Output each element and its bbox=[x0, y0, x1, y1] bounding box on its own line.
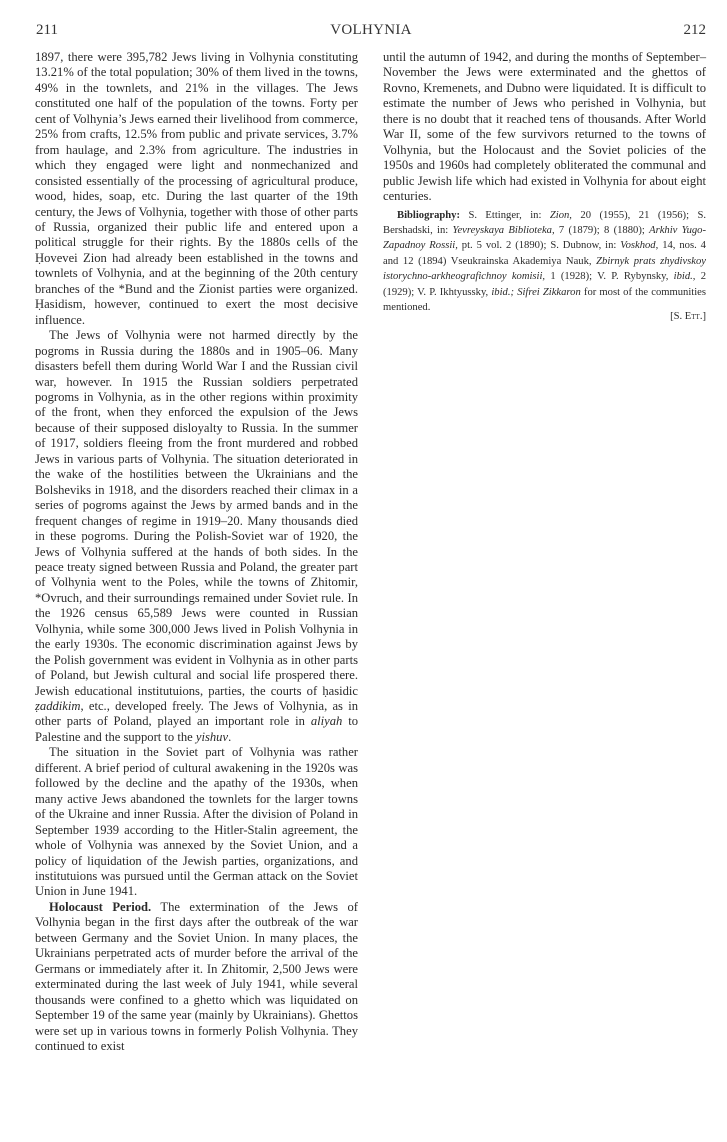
term-zaddikim: ẓaddikim bbox=[35, 699, 80, 713]
paragraph-holocaust-continued: until the autumn of 1942, and during the… bbox=[383, 50, 706, 205]
bibliography: Bibliography: S. Ettinger, in: Zion, 20 … bbox=[383, 208, 706, 316]
page-title: VOLHYNIA bbox=[36, 22, 706, 39]
section-heading-holocaust: Holocaust Period. bbox=[49, 900, 151, 914]
page-number-right: 212 bbox=[684, 22, 707, 39]
author-signature: [S. Ett.] bbox=[383, 309, 706, 324]
term-yishuv: yishuv bbox=[196, 730, 228, 744]
paragraph-soviet-part: The situation in the Soviet part of Volh… bbox=[35, 745, 358, 900]
running-header: 211 VOLHYNIA 212 bbox=[36, 22, 706, 42]
term-aliyah: aliyah bbox=[311, 714, 342, 728]
paragraph-demographics: 1897, there were 395,782 Jews living in … bbox=[35, 50, 358, 328]
right-column: until the autumn of 1942, and during the… bbox=[383, 50, 706, 325]
left-column: 1897, there were 395,782 Jews living in … bbox=[35, 50, 358, 1054]
paragraph-holocaust: Holocaust Period. The extermination of t… bbox=[35, 900, 358, 1055]
paragraph-pogroms: The Jews of Volhynia were not harmed dir… bbox=[35, 328, 358, 745]
bibliography-heading: Bibliography: bbox=[397, 210, 460, 221]
